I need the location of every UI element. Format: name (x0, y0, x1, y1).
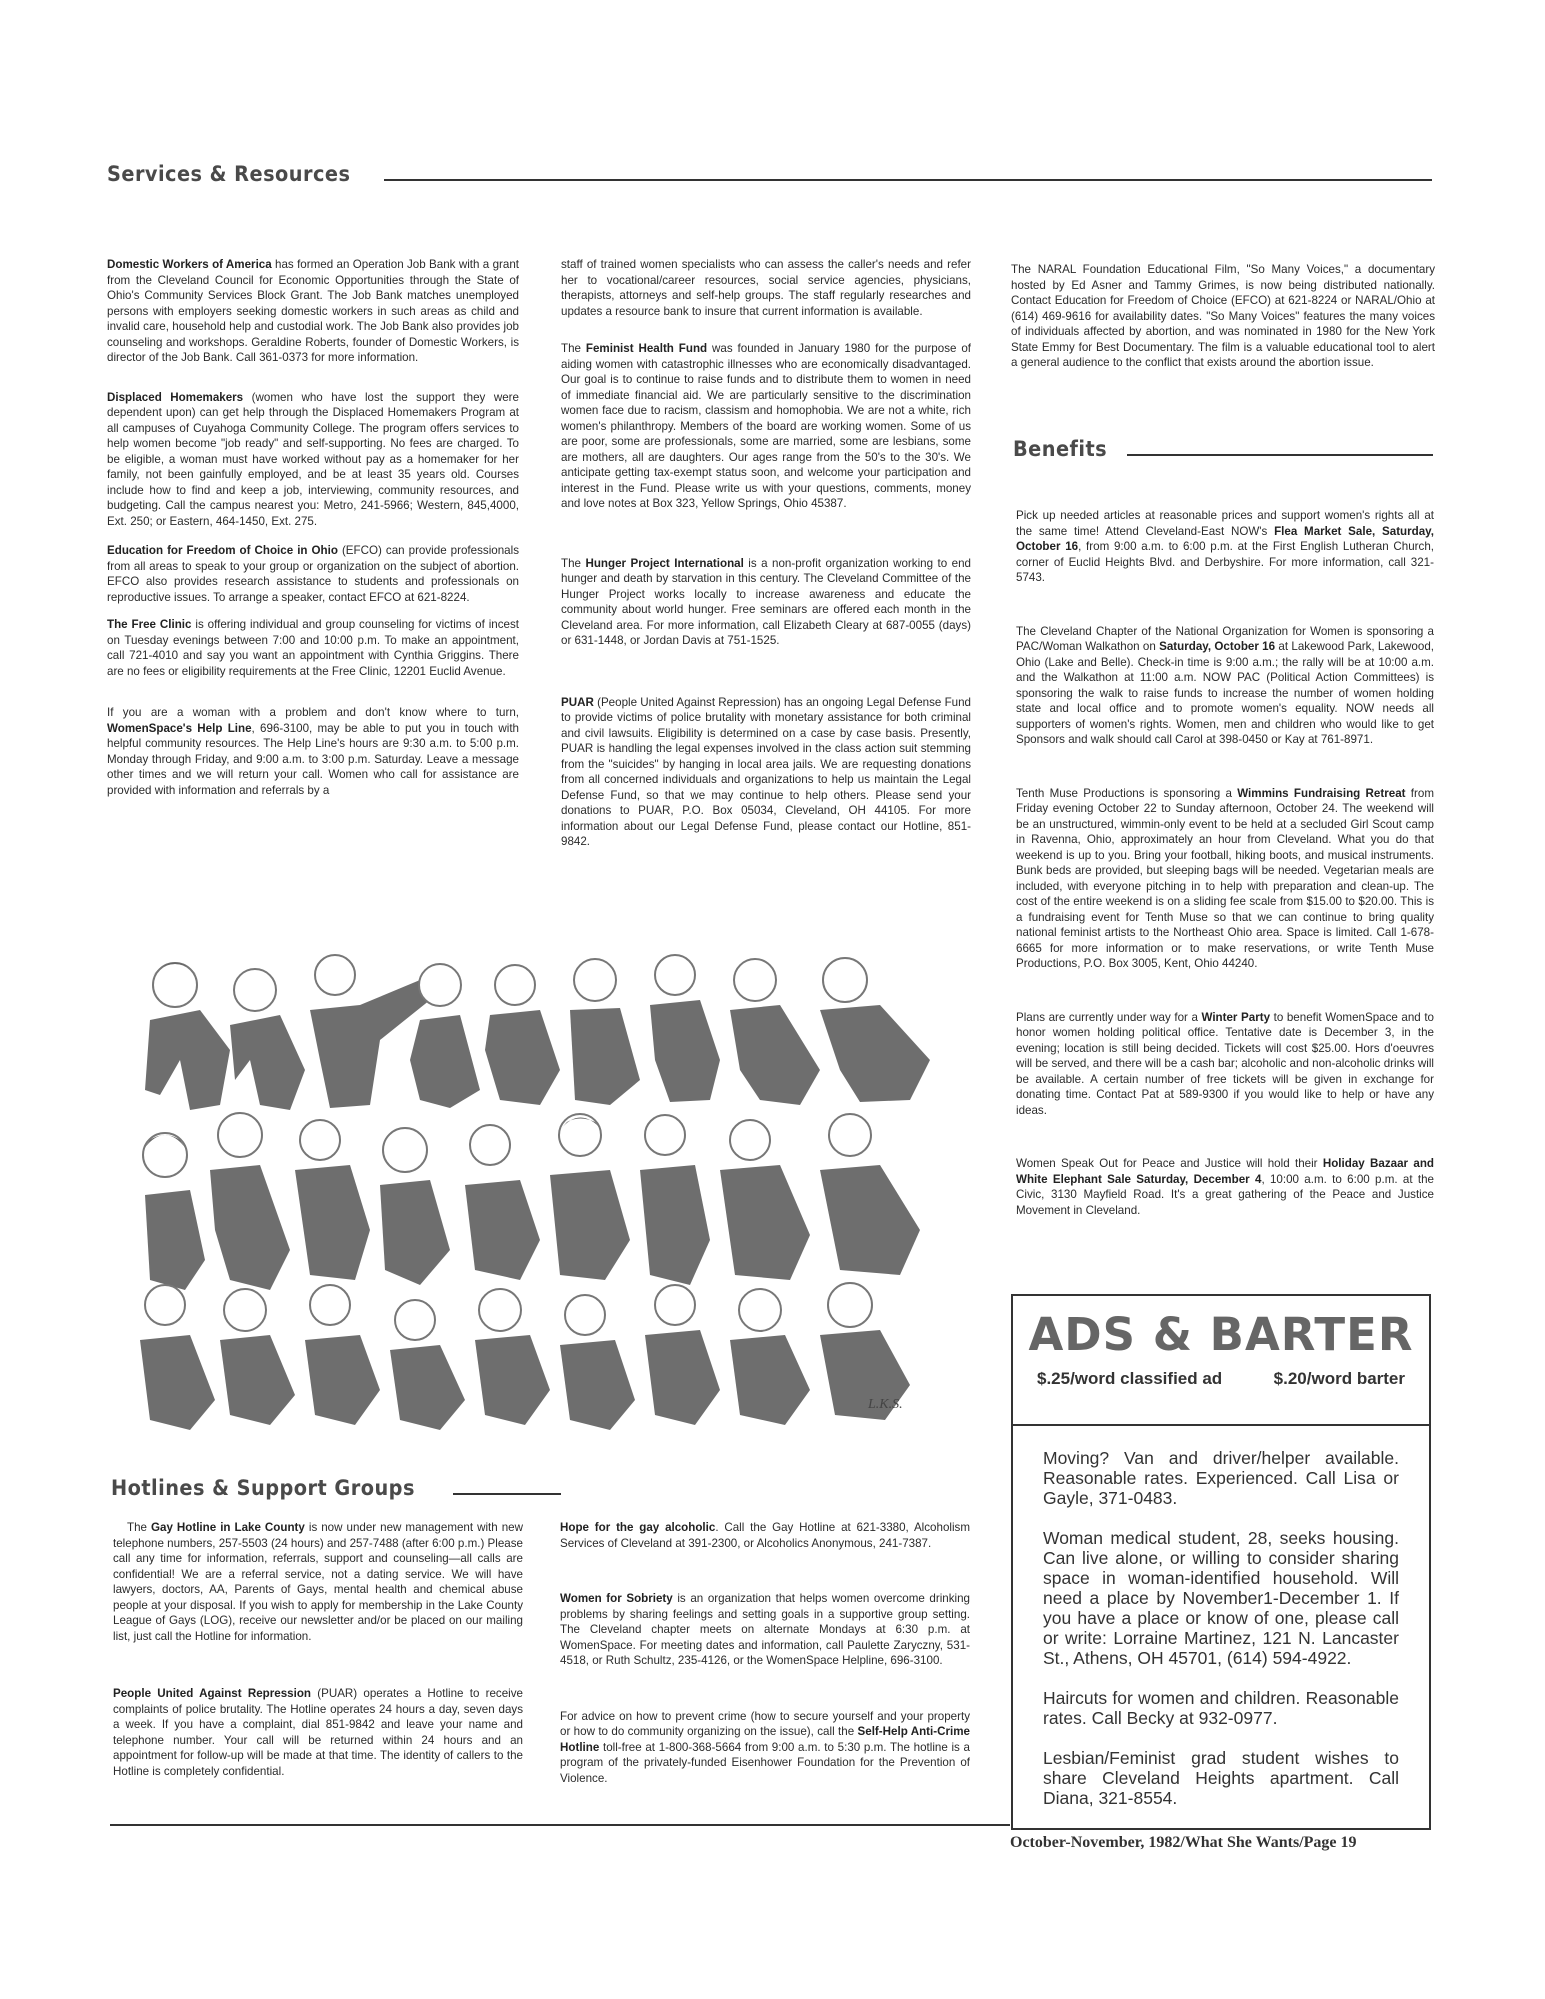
hotlines-column-1: The Gay Hotline in Lake County is now un… (113, 1520, 523, 1779)
article-puar-hotline: People United Against Repression (PUAR) … (113, 1686, 523, 1779)
bottom-rule (110, 1824, 1010, 1826)
services-column-2: staff of trained women specialists who c… (561, 257, 971, 850)
ads-listings: Moving? Van and driver/helper available.… (1013, 1424, 1429, 1808)
article-efco: Education for Freedom of Choice in Ohio … (107, 543, 519, 605)
benefits-section-header: Benefits (1013, 437, 1433, 461)
article-domestic-workers: Domestic Workers of America has formed a… (107, 257, 519, 366)
ad-listing: Lesbian/Feminist grad student wishes to … (1043, 1748, 1399, 1808)
article-flea-market: Pick up needed articles at reasonable pr… (1016, 508, 1434, 586)
article-womenspace-help-line: If you are a woman with a problem and do… (107, 705, 519, 798)
section-rule (1127, 454, 1433, 456)
benefits-section-title: Benefits (1013, 437, 1107, 461)
section-rule (453, 1493, 561, 1495)
article-holiday-bazaar: Women Speak Out for Peace and Justice wi… (1016, 1156, 1434, 1218)
ad-listing: Woman medical student, 28, seeks housing… (1043, 1528, 1399, 1668)
ads-barter-title: ADS & BARTER (1013, 1308, 1429, 1361)
page-footer: October-November, 1982/What She Wants/Pa… (1010, 1834, 1357, 1852)
services-column-1: Domestic Workers of America has formed a… (107, 257, 519, 798)
article-women-for-sobriety: Women for Sobriety is an organization th… (560, 1591, 970, 1669)
hotlines-column-2: Hope for the gay alcoholic. Call the Gay… (560, 1520, 970, 1786)
article-displaced-homemakers: Displaced Homemakers (women who have los… (107, 390, 519, 530)
article-winter-party: Plans are currently under way for a Wint… (1016, 1010, 1434, 1119)
hotlines-section-title: Hotlines & Support Groups (111, 1476, 415, 1500)
women-linked-arms-illustration (120, 930, 970, 1450)
section-rule (384, 179, 1432, 181)
article-naral-film: The NARAL Foundation Educational Film, "… (1011, 262, 1435, 371)
article-wimmins-retreat: Tenth Muse Productions is sponsoring a W… (1016, 786, 1434, 972)
services-column-3: The NARAL Foundation Educational Film, "… (1011, 262, 1435, 371)
price-classified: $.25/word classified ad (1037, 1369, 1222, 1389)
article-help-line-continued: staff of trained women specialists who c… (561, 257, 971, 319)
article-now-walkathon: The Cleveland Chapter of the National Or… (1016, 624, 1434, 748)
illustration-signature: L.K.S. (868, 1397, 903, 1413)
hotlines-section-header: Hotlines & Support Groups (111, 1476, 561, 1500)
article-puar-legal-defense: PUAR (People United Against Repression) … (561, 695, 971, 850)
services-section-header: Services & Resources (107, 162, 1432, 186)
ads-barter-box: ADS & BARTER $.25/word classified ad $.2… (1011, 1294, 1431, 1830)
article-anti-crime-hotline: For advice on how to prevent crime (how … (560, 1709, 970, 1787)
ads-price-row: $.25/word classified ad $.20/word barter (1013, 1369, 1429, 1389)
article-feminist-health-fund: The Feminist Health Fund was founded in … (561, 341, 971, 512)
article-free-clinic: The Free Clinic is offering individual a… (107, 617, 519, 679)
benefits-column: Pick up needed articles at reasonable pr… (1016, 508, 1434, 1218)
article-hunger-project: The Hunger Project International is a no… (561, 556, 971, 649)
ad-listing: Haircuts for women and children. Reasona… (1043, 1688, 1399, 1728)
article-gay-hotline-lake-county: The Gay Hotline in Lake County is now un… (113, 1520, 523, 1644)
price-barter: $.20/word barter (1274, 1369, 1405, 1389)
article-gay-alcoholic: Hope for the gay alcoholic. Call the Gay… (560, 1520, 970, 1551)
ad-listing: Moving? Van and driver/helper available.… (1043, 1448, 1399, 1508)
services-section-title: Services & Resources (107, 162, 350, 186)
